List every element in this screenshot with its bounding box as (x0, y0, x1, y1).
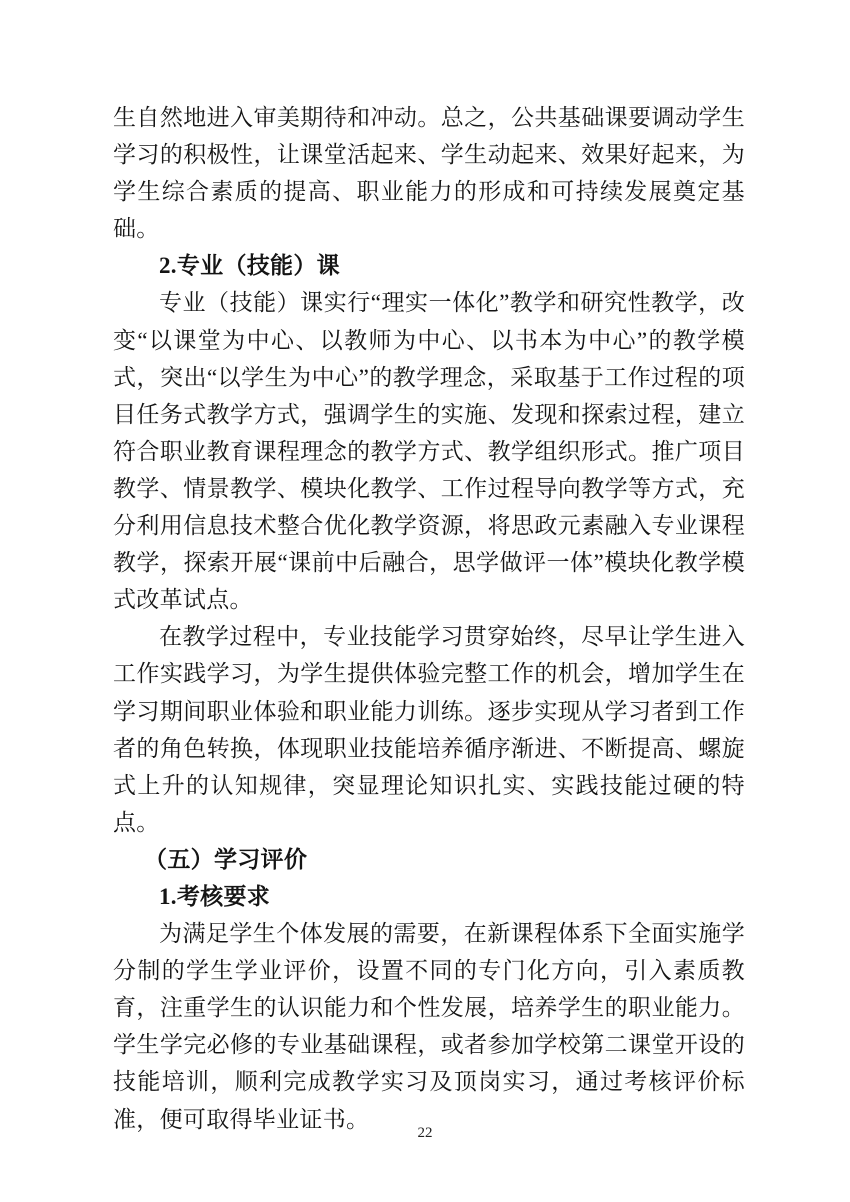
heading-learning-evaluation: （五）学习评价 (113, 841, 745, 878)
paragraph-continuation-public-basic-course: 生自然地进入审美期待和冲动。总之，公共基础课要调动学生学习的积极性，让课堂活起来… (113, 99, 745, 247)
document-body: 生自然地进入审美期待和冲动。总之，公共基础课要调动学生学习的积极性，让课堂活起来… (113, 99, 745, 1138)
document-page: 生自然地进入审美期待和冲动。总之，公共基础课要调动学生学习的积极性，让课堂活起来… (0, 0, 850, 1202)
paragraph-skill-course-practice: 在教学过程中，专业技能学习贯穿始终，尽早让学生进入工作实践学习，为学生提供体验完… (113, 618, 745, 841)
paragraph-skill-course-teaching-mode: 专业（技能）课实行“理实一体化”教学和研究性教学，改变“以课堂为中心、以教师为中… (113, 284, 745, 618)
page-number: 22 (418, 1125, 433, 1141)
heading-skill-course: 2.专业（技能）课 (113, 247, 745, 284)
heading-assessment-requirements: 1.考核要求 (113, 878, 745, 915)
page-footer: 22 (0, 1124, 850, 1142)
paragraph-assessment-requirements: 为满足学生个体发展的需要，在新课程体系下全面实施学分制的学生学业评价，设置不同的… (113, 915, 745, 1138)
